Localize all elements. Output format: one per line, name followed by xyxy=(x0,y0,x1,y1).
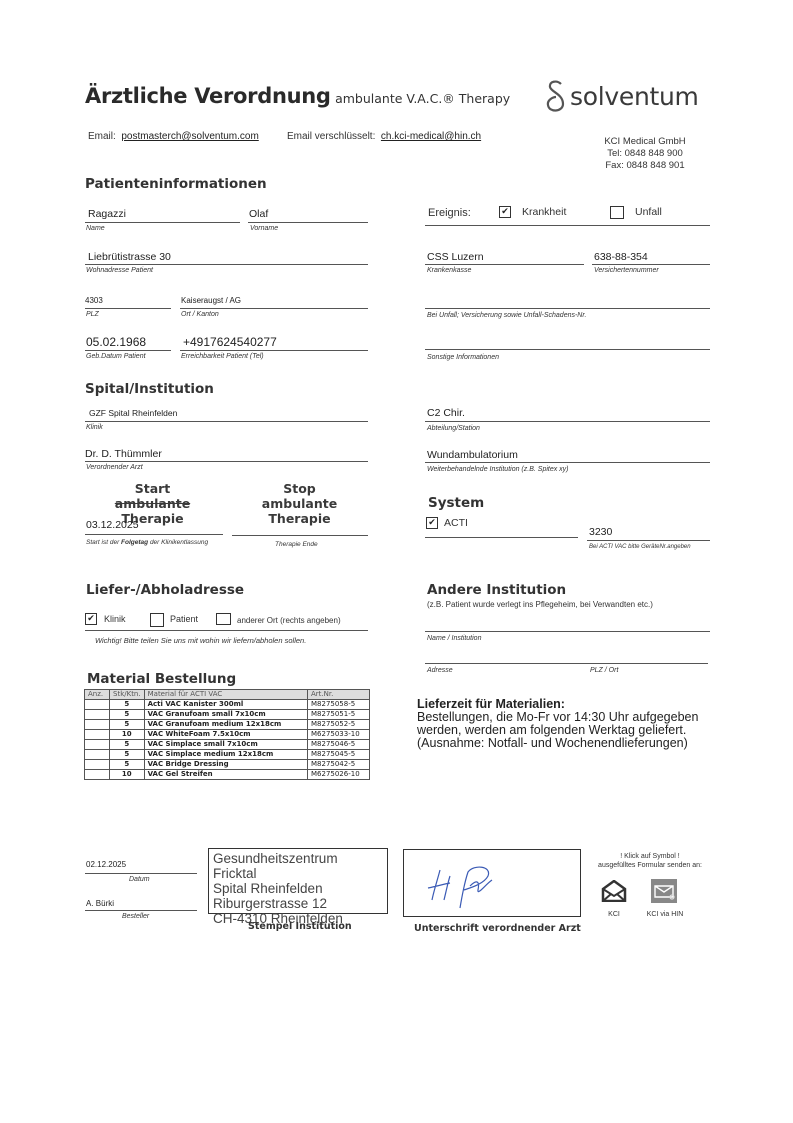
section-patient: Patienteninformationen xyxy=(85,176,267,192)
delivery-time-line: (Ausnahme: Notfall- und Wochenendlieferu… xyxy=(417,737,698,750)
material-row: 10VAC Gel StreifenM6275026-10 xyxy=(85,770,370,780)
patient-address-value[interactable]: Liebrütistrasse 30 xyxy=(88,251,171,263)
material-row: 5Acti VAC Kanister 300mlM8275058-5 xyxy=(85,700,370,710)
material-anz-cell[interactable] xyxy=(85,740,110,750)
material-row: 10VAC WhiteFoam 7.5x10cmM6275033-10 xyxy=(85,730,370,740)
material-name-cell: VAC WhiteFoam 7.5x10cm xyxy=(144,730,307,740)
encrypted-email-label: Email verschlüsselt: xyxy=(287,131,375,142)
checkbox-krankheit[interactable]: ✔ xyxy=(499,206,511,218)
abteilung-label: Abteilung/Station xyxy=(427,425,480,432)
stamp-line: Riburgerstrasse 12 xyxy=(213,896,383,911)
section-system: System xyxy=(428,495,484,511)
institution-stamp: Gesundheitszentrum Fricktal Spital Rhein… xyxy=(208,848,388,914)
material-art-cell: M6275026-10 xyxy=(308,770,370,780)
col-art: Art.Nr. xyxy=(308,690,370,700)
open-envelope-icon xyxy=(601,880,627,902)
start-date-value[interactable]: 03.12.2025 xyxy=(86,519,139,531)
start-caption-pre: Start ist der xyxy=(86,539,121,546)
send-hin-button[interactable] xyxy=(651,879,677,903)
patient-phone-label: Erreichbarkeit Patient (Tel) xyxy=(181,353,264,360)
material-row: 5VAC Simplace medium 12x18cmM8275045-5 xyxy=(85,750,370,760)
footer-besteller-value[interactable]: A. Bürki xyxy=(86,899,114,908)
abteilung-value[interactable]: C2 Chir. xyxy=(427,407,465,419)
email-link[interactable]: postmasterch@solventum.com xyxy=(121,131,258,142)
material-name-cell: VAC Simplace medium 12x18cm xyxy=(144,750,307,760)
event-label: Ereignis: xyxy=(428,207,471,219)
email-label: Email: xyxy=(88,131,116,142)
krankenkasse-value[interactable]: CSS Luzern xyxy=(427,251,484,263)
start-caption: Start ist der Folgetag der Klinikentlass… xyxy=(86,539,208,546)
material-row: 5VAC Granufoam medium 12x18cmM8275052-5 xyxy=(85,720,370,730)
stamp-line: Spital Rheinfelden xyxy=(213,881,383,896)
delivery-time-info: Lieferzeit für Materialien: Bestellungen… xyxy=(417,698,698,750)
send-note-line2: ausgefülltes Formular senden an: xyxy=(586,861,714,870)
material-anz-cell[interactable] xyxy=(85,730,110,740)
patient-phone-value[interactable]: +4917624540277 xyxy=(183,335,277,349)
sonstige-label: Sonstige Informationen xyxy=(427,354,499,361)
col-material: Material für ACTI VAC xyxy=(144,690,307,700)
material-art-cell: M6275033-10 xyxy=(308,730,370,740)
patient-dob-label: Geb.Datum Patient xyxy=(86,353,146,360)
klinik-value[interactable]: GZF Spital Rheinfelden xyxy=(89,408,177,418)
arzt-label: Verordnender Arzt xyxy=(86,464,143,471)
send-kci-button[interactable] xyxy=(601,880,627,902)
signature-box[interactable] xyxy=(403,849,581,917)
start-caption-bold: Folgetag xyxy=(121,539,148,546)
material-row: 5VAC Simplace small 7x10cmM8275046-5 xyxy=(85,740,370,750)
weiter-value[interactable]: Wundambulatorium xyxy=(427,449,518,461)
delivery-note: Wichtig! Bitte teilen Sie uns mit wohin … xyxy=(95,636,306,645)
weiter-label: Weiterbehandelnde Institution (z.B. Spit… xyxy=(427,466,569,473)
section-institution: Spital/Institution xyxy=(85,381,214,397)
material-stk-cell: 5 xyxy=(110,740,145,750)
material-stk-cell: 5 xyxy=(110,710,145,720)
material-table: Anz. Stk/Ktn. Material für ACTI VAC Art.… xyxy=(84,689,370,780)
material-row: 5VAC Bridge DressingM8275042-5 xyxy=(85,760,370,770)
arzt-value[interactable]: Dr. D. Thümmler xyxy=(85,448,162,460)
versichertennummer-value[interactable]: 638-88-354 xyxy=(594,251,648,263)
material-art-cell: M8275046-5 xyxy=(308,740,370,750)
unfall-info-label: Bei Unfall; Versicherung sowie Unfall-Sc… xyxy=(427,312,586,319)
patient-plz-label: PLZ xyxy=(86,311,99,318)
device-number-caption: Bei ACTI VAC bitte GeräteNr.angeben xyxy=(589,544,691,550)
material-art-cell: M8275045-5 xyxy=(308,750,370,760)
title-subtitle: ambulante V.A.C.® Therapy xyxy=(335,91,510,106)
material-stk-cell: 5 xyxy=(110,750,145,760)
material-anz-cell[interactable] xyxy=(85,700,110,710)
start-heading-line1: Start xyxy=(85,481,220,496)
checkbox-unfall[interactable] xyxy=(610,206,624,219)
company-fax: Fax: 0848 848 901 xyxy=(590,160,700,172)
other-institution-subtitle: (z.B. Patient wurde verlegt ins Pflegehe… xyxy=(427,600,653,609)
stop-heading-line2: ambulante Therapie xyxy=(232,496,367,526)
signature-scribble-icon xyxy=(404,850,582,918)
material-art-cell: M8275052-5 xyxy=(308,720,370,730)
material-anz-cell[interactable] xyxy=(85,750,110,760)
material-art-cell: M8275051-5 xyxy=(308,710,370,720)
stamp-line: Gesundheitszentrum Fricktal xyxy=(213,851,383,881)
material-row: 5VAC Granufoam small 7x10cmM8275051-5 xyxy=(85,710,370,720)
col-stk: Stk/Ktn. xyxy=(110,690,145,700)
other-name-label: Name / Institution xyxy=(427,635,481,642)
therapy-stop-heading: Stop ambulante Therapie xyxy=(232,481,367,526)
company-name: KCI Medical GmbH xyxy=(590,136,700,148)
checkbox-krankheit-label: Krankheit xyxy=(522,206,566,218)
send-note-line1: ! Klick auf Symbol ! xyxy=(586,852,714,861)
device-number-value[interactable]: 3230 xyxy=(589,526,612,538)
patient-ort-label: Ort / Kanton xyxy=(181,311,219,318)
material-stk-cell: 5 xyxy=(110,700,145,710)
material-anz-cell[interactable] xyxy=(85,770,110,780)
logo-text: solventum xyxy=(570,82,699,111)
checkbox-unfall-label: Unfall xyxy=(635,206,662,218)
other-address-label: Adresse xyxy=(427,667,453,674)
checkbox-acti[interactable]: ✔ xyxy=(426,517,438,529)
footer-date-label: Datum xyxy=(129,876,150,883)
encrypted-email-row: Email verschlüsselt: ch.kci-medical@hin.… xyxy=(287,131,481,142)
checkbox-delivery-patient[interactable] xyxy=(150,613,164,627)
company-tel: Tel: 0848 848 900 xyxy=(590,148,700,160)
material-name-cell: VAC Gel Streifen xyxy=(144,770,307,780)
footer-besteller-label: Besteller xyxy=(122,913,149,920)
footer-date-value[interactable]: 02.12.2025 xyxy=(86,860,126,869)
send-kci-label: KCI xyxy=(598,910,630,919)
patient-ort-value[interactable]: Kaiseraugst / AG xyxy=(181,296,241,305)
title-main: Ärztliche Verordnung xyxy=(85,84,331,108)
versichertennummer-label: Versichertennummer xyxy=(594,267,659,274)
material-stk-cell: 10 xyxy=(110,770,145,780)
krankenkasse-label: Krankenkasse xyxy=(427,267,471,274)
material-name-cell: VAC Bridge Dressing xyxy=(144,760,307,770)
material-name-cell: VAC Granufoam medium 12x18cm xyxy=(144,720,307,730)
patient-plz-value[interactable]: 4303 xyxy=(85,296,103,305)
material-anz-cell[interactable] xyxy=(85,710,110,720)
send-note: ! Klick auf Symbol ! ausgefülltes Formul… xyxy=(586,852,714,870)
checkbox-acti-label: ACTI xyxy=(444,517,468,529)
patient-vorname-label: Vorname xyxy=(250,225,278,232)
stop-heading-line1: Stop xyxy=(232,481,367,496)
checkbox-delivery-other[interactable] xyxy=(216,613,231,625)
material-art-cell: M8275058-5 xyxy=(308,700,370,710)
hin-mail-key-icon xyxy=(651,879,677,903)
col-anz: Anz. xyxy=(85,690,110,700)
material-header-row: Anz. Stk/Ktn. Material für ACTI VAC Art.… xyxy=(85,690,370,700)
section-delivery: Liefer-/Abholadresse xyxy=(86,582,244,598)
section-other-institution: Andere Institution xyxy=(427,582,566,598)
klinik-label: Klinik xyxy=(86,424,103,431)
material-stk-cell: 5 xyxy=(110,760,145,770)
checkbox-delivery-patient-label: Patient xyxy=(170,614,198,624)
email-row: Email: postmasterch@solventum.com xyxy=(88,131,259,142)
form-title: Ärztliche Verordnung ambulante V.A.C.® T… xyxy=(85,84,510,108)
patient-name-label: Name xyxy=(86,225,105,232)
patient-address-label: Wohnadresse Patient xyxy=(86,267,153,274)
material-name-cell: Acti VAC Kanister 300ml xyxy=(144,700,307,710)
stop-caption: Therapie Ende xyxy=(275,541,318,548)
company-info: KCI Medical GmbH Tel: 0848 848 900 Fax: … xyxy=(590,136,700,172)
material-anz-cell[interactable] xyxy=(85,760,110,770)
material-stk-cell: 5 xyxy=(110,720,145,730)
section-material: Material Bestellung xyxy=(87,671,236,687)
checkbox-delivery-klinik[interactable]: ✔ xyxy=(85,613,97,625)
patient-vorname-value[interactable]: Olaf xyxy=(249,208,268,220)
checkbox-delivery-klinik-label: Klinik xyxy=(104,614,126,624)
stamp-label: Stempel Institution xyxy=(248,921,352,932)
encrypted-email-link[interactable]: ch.kci-medical@hin.ch xyxy=(381,131,481,142)
other-plz-label: PLZ / Ort xyxy=(590,667,618,674)
material-art-cell: M8275042-5 xyxy=(308,760,370,770)
send-hin-label: KCI via HIN xyxy=(643,910,687,919)
start-heading-strike: ambulante xyxy=(115,496,190,511)
material-name-cell: VAC Simplace small 7x10cm xyxy=(144,740,307,750)
solventum-logo: solventum xyxy=(545,78,695,118)
checkbox-delivery-other-label: anderer Ort (rechts angeben) xyxy=(237,616,341,625)
material-name-cell: VAC Granufoam small 7x10cm xyxy=(144,710,307,720)
patient-name-value[interactable]: Ragazzi xyxy=(88,208,126,220)
start-caption-post: der Klinikentlassung xyxy=(148,539,208,546)
material-anz-cell[interactable] xyxy=(85,720,110,730)
material-stk-cell: 10 xyxy=(110,730,145,740)
signature-label: Unterschrift verordnender Arzt xyxy=(414,923,581,934)
patient-dob-value[interactable]: 05.02.1968 xyxy=(86,335,146,349)
solventum-logo-icon xyxy=(545,80,567,116)
